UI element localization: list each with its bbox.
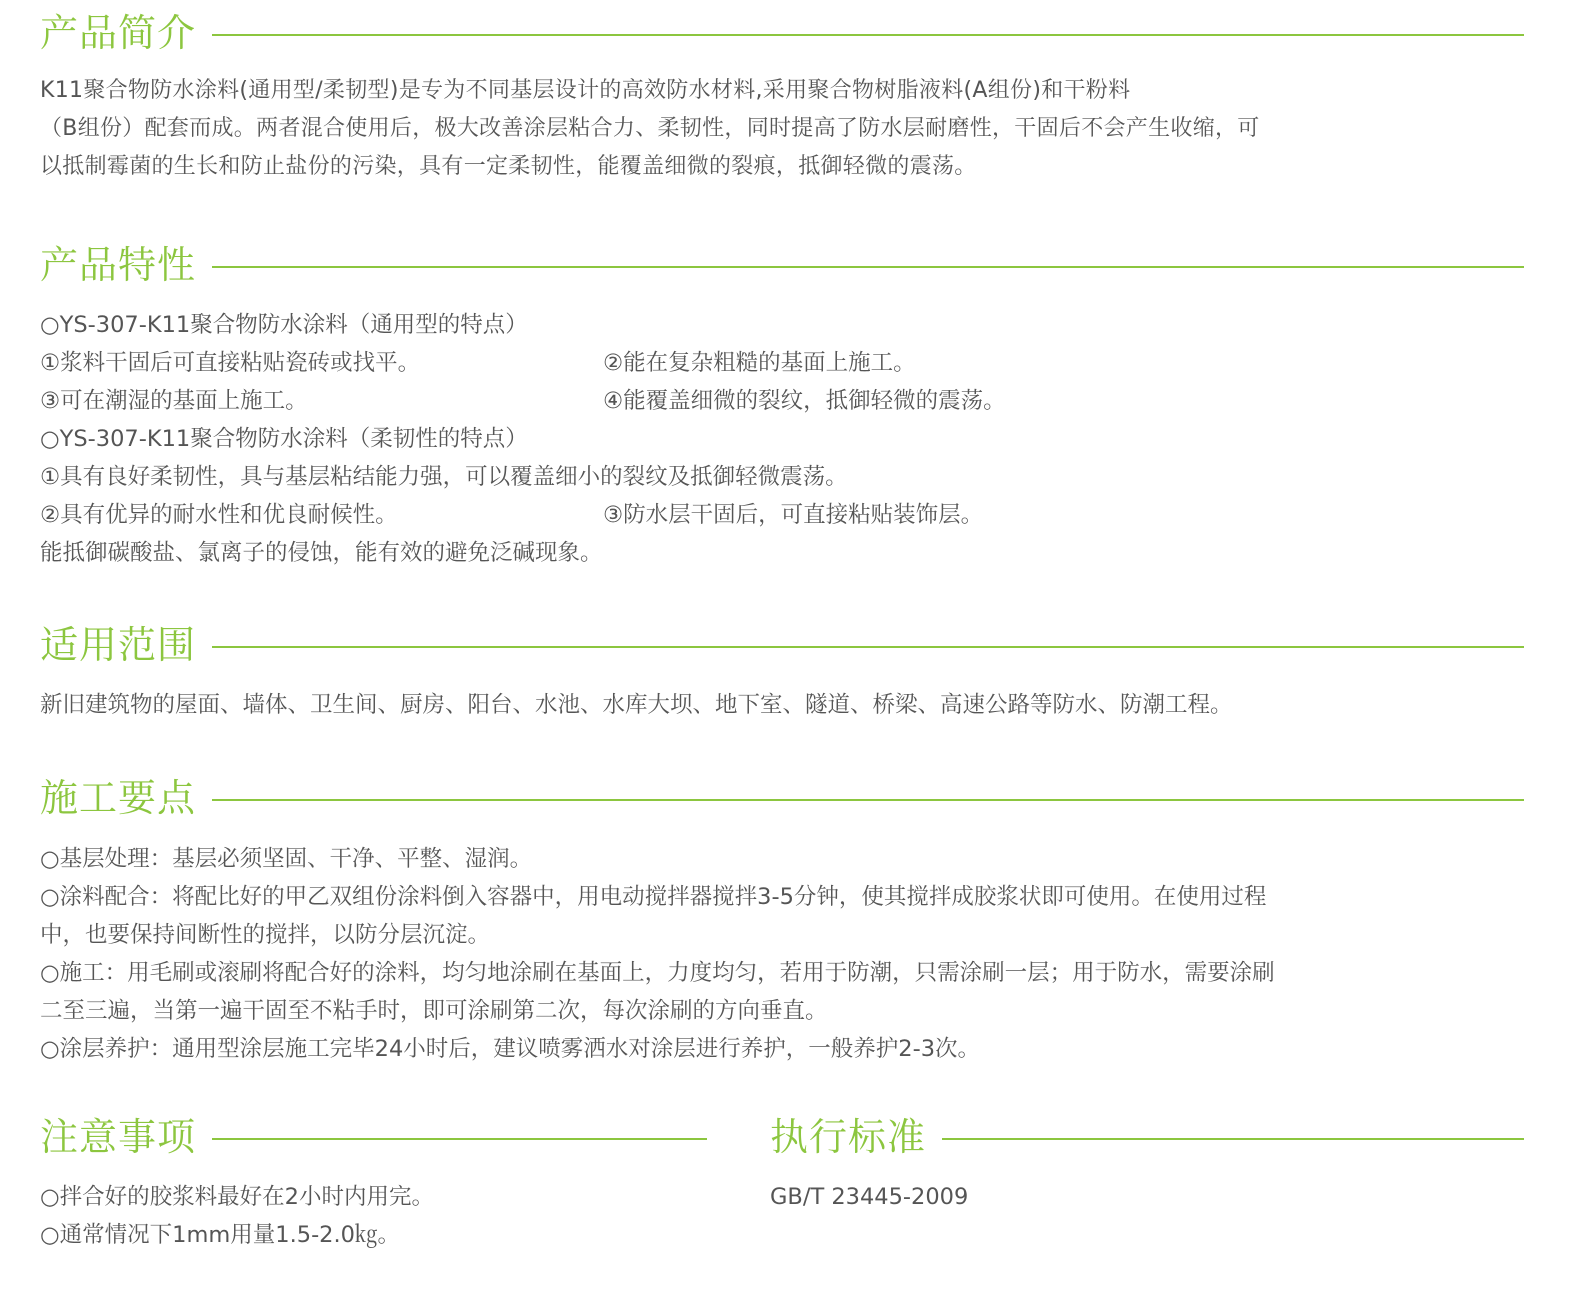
intro-line-3: 以抵制霉菌的生长和防止盐份的污染，具有一定柔韧性，能覆盖细微的裂痕，抵御轻微的震…	[40, 148, 1260, 186]
section-divider-features	[212, 266, 1524, 268]
notes-line-1: ○拌合好的胶浆料最好在2小时内用完。	[40, 1178, 434, 1216]
feature-item: ①具有良好柔韧性，具与基层粘结能力强，可以覆盖细小的裂纹及抵御轻微震荡。	[40, 458, 848, 496]
feature-item: ③防水层干固后，可直接粘贴装饰层。	[603, 496, 983, 534]
section-divider-intro	[212, 34, 1524, 36]
section-divider-standard	[942, 1138, 1524, 1140]
features-general-heading: ○YS-307-K11聚合物防水涂料（通用型的特点）	[40, 306, 848, 344]
section-divider-construction	[212, 799, 1524, 801]
standard-code: GB/T 23445-2009	[770, 1178, 968, 1216]
section-title-standard: 执行标准	[770, 1112, 926, 1162]
section-title-notes: 注意事项	[40, 1112, 196, 1162]
construction-line-6: ○涂层养护：通用型涂层施工完毕24小时后，建议喷雾洒水对涂层进行养护，一般养护2…	[40, 1030, 1275, 1068]
section-header-notes: 注意事项	[40, 1112, 707, 1162]
notes-content: ○拌合好的胶浆料最好在2小时内用完。 ○通常情况下1mm用量1.5-2.0㎏。	[40, 1178, 434, 1254]
section-header-scope: 适用范围	[40, 620, 1524, 670]
intro-line-2: （B组份）配套而成。两者混合使用后，极大改善涂层粘合力、柔韧性，同时提高了防水层…	[40, 110, 1260, 148]
section-title-construction: 施工要点	[40, 773, 196, 823]
feature-item: ①浆料干固后可直接粘贴瓷砖或找平。	[40, 350, 420, 376]
section-header-standard: 执行标准	[770, 1112, 1524, 1162]
features-extra: 能抵御碳酸盐、氯离子的侵蚀，能有效的避免泛碱现象。	[40, 534, 848, 572]
intro-line-1: K11聚合物防水涂料(通用型/柔韧型)是专为不同基层设计的高效防水材料,采用聚合…	[40, 72, 1260, 110]
features-general-row-1: ①浆料干固后可直接粘贴瓷砖或找平。 ②能在复杂粗糙的基面上施工。	[40, 344, 848, 382]
section-header-features: 产品特性	[40, 240, 1524, 290]
construction-line-2: ○涂料配合：将配比好的甲乙双组份涂料倒入容器中，用电动搅拌器搅拌3-5分钟，使其…	[40, 878, 1275, 916]
features-flexible-heading: ○YS-307-K11聚合物防水涂料（柔韧性的特点）	[40, 420, 848, 458]
feature-item: ②能在复杂粗糙的基面上施工。	[603, 344, 916, 382]
construction-line-1: ○基层处理：基层必须坚固、干净、平整、湿润。	[40, 840, 1275, 878]
standard-content: GB/T 23445-2009	[770, 1178, 968, 1216]
features-general-row-2: ③可在潮湿的基面上施工。 ④能覆盖细微的裂纹，抵御轻微的震荡。	[40, 382, 848, 420]
section-divider-notes	[212, 1138, 707, 1140]
section-title-intro: 产品简介	[40, 8, 196, 58]
notes-line-2: ○通常情况下1mm用量1.5-2.0㎏。	[40, 1216, 434, 1254]
scope-line: 新旧建筑物的屋面、墙体、卫生间、厨房、阳台、水池、水库大坝、地下室、隧道、桥梁、…	[40, 686, 1233, 724]
section-title-features: 产品特性	[40, 240, 196, 290]
feature-item: ③可在潮湿的基面上施工。	[40, 388, 308, 414]
section-divider-scope	[212, 646, 1524, 648]
intro-paragraph: K11聚合物防水涂料(通用型/柔韧型)是专为不同基层设计的高效防水材料,采用聚合…	[40, 72, 1260, 186]
feature-item: ②具有优异的耐水性和优良耐候性。	[40, 502, 398, 528]
features-flexible-row-2: ②具有优异的耐水性和优良耐候性。 ③防水层干固后，可直接粘贴装饰层。	[40, 496, 848, 534]
section-header-intro: 产品简介	[40, 8, 1524, 58]
feature-item: ④能覆盖细微的裂纹，抵御轻微的震荡。	[603, 382, 1006, 420]
construction-line-4: ○施工：用毛刷或滚刷将配合好的涂料，均匀地涂刷在基面上，力度均匀，若用于防潮，只…	[40, 954, 1275, 992]
construction-content: ○基层处理：基层必须坚固、干净、平整、湿润。 ○涂料配合：将配比好的甲乙双组份涂…	[40, 840, 1275, 1068]
construction-line-5: 二至三遍，当第一遍干固至不粘手时，即可涂刷第二次，每次涂刷的方向垂直。	[40, 992, 1275, 1030]
construction-line-3: 中，也要保持间断性的搅拌，以防分层沉淀。	[40, 916, 1275, 954]
features-content: ○YS-307-K11聚合物防水涂料（通用型的特点） ①浆料干固后可直接粘贴瓷砖…	[40, 306, 848, 572]
section-title-scope: 适用范围	[40, 620, 196, 670]
section-header-construction: 施工要点	[40, 773, 1524, 823]
scope-text: 新旧建筑物的屋面、墙体、卫生间、厨房、阳台、水池、水库大坝、地下室、隧道、桥梁、…	[40, 686, 1233, 724]
